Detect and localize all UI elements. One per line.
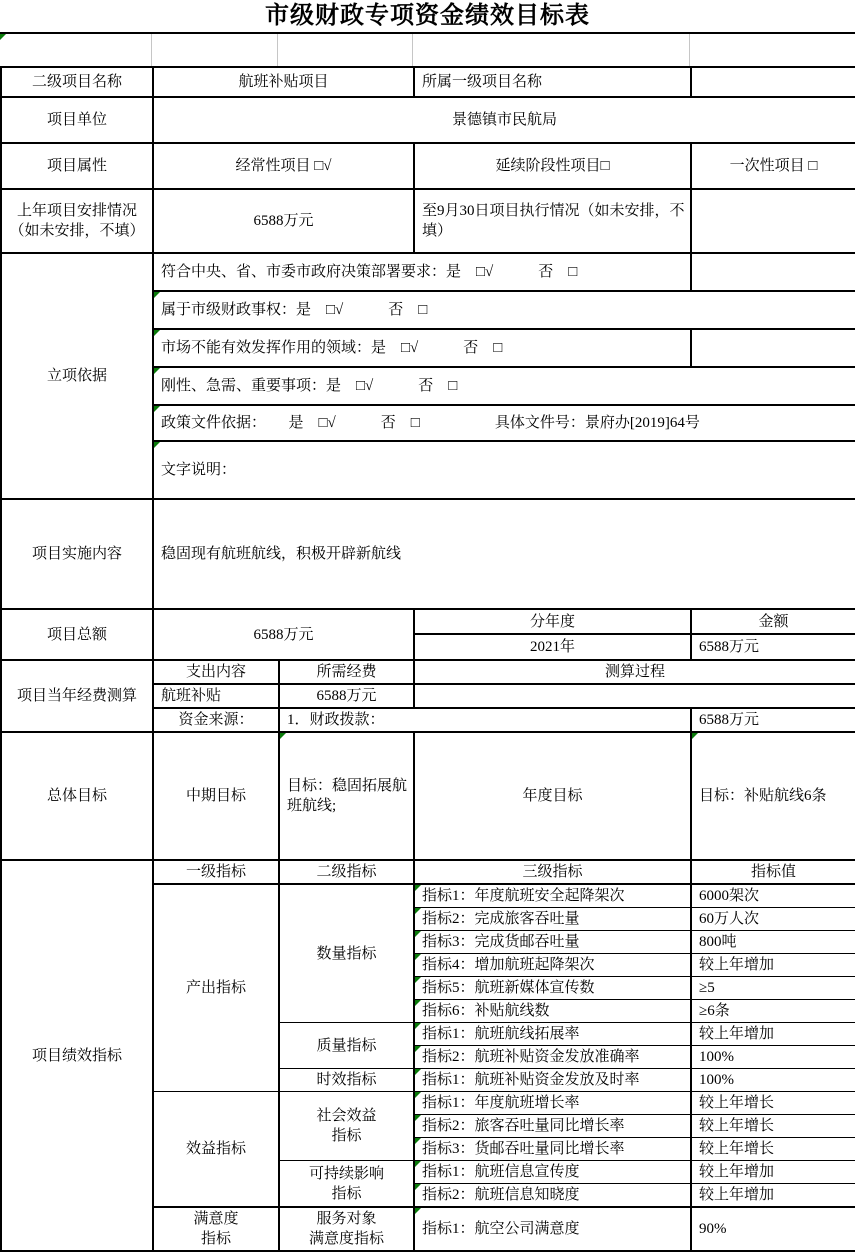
budget-col-process: 测算过程 [414,660,855,684]
indicator-value: 800吨 [691,931,855,954]
indicator-name: 指标1：航班补贴资金发放及时率 [414,1069,691,1092]
justification-row-policy-document: 政策文件依据： 是 □√ 否 □ 具体文件号：景府办[2019]64号 [153,405,855,441]
indicator-name: 指标2：航班信息知晓度 [414,1184,691,1208]
justification-row-policy-requirement: 符合中央、省、市委市政府决策部署要求：是 □√ 否 □ [153,253,691,291]
indicator-value: 较上年增加 [691,1184,855,1208]
indicator-name: 指标3：货邮吞吐量同比增长率 [414,1138,691,1161]
justification-row-rigid-urgent: 刚性、急需、重要事项：是 □√ 否 □ [153,367,855,405]
indicator-value: 90% [691,1207,855,1251]
implementation-label: 项目实施内容 [1,499,153,609]
performance-target-form: 市级财政专项资金绩效目标表 二级项目名称 航班补贴项目 所属一级项目名称 项目单… [0,0,855,1252]
annual-split-header: 分年度 [414,609,691,634]
performance-indicators-label: 项目绩效指标 [1,860,153,1251]
subcategory-sustainability: 可持续影响 指标 [279,1161,414,1208]
empty-spreadsheet-row [0,34,855,66]
form-table: 二级项目名称 航班补贴项目 所属一级项目名称 项目单位 景德镇市民航局 项目属性… [0,66,855,1252]
indicator-header-value: 指标值 [691,860,855,884]
indicator-value: 较上年增长 [691,1092,855,1115]
total-amount-value: 6588万元 [153,609,414,660]
project-attribute-label: 项目属性 [1,143,153,189]
empty-cell [278,34,413,66]
funding-source-amount: 6588万元 [691,708,855,732]
annual-split-amount: 6588万元 [691,634,855,660]
indicator-header-level2: 二级指标 [279,860,414,884]
indicator-value: 6000架次 [691,884,855,908]
l2-project-name-value: 航班补贴项目 [153,67,414,97]
annual-goal-value: 目标：补贴航线6条 [691,732,855,860]
empty-cell [691,329,855,367]
execution-status-value [691,189,855,253]
indicator-value: 较上年增长 [691,1115,855,1138]
empty-cell [152,34,278,66]
indicator-name: 指标1：航班航线拓展率 [414,1023,691,1046]
prev-year-arrangement-value: 6588万元 [153,189,414,253]
justification-row-market-failure: 市场不能有效发挥作用的领域：是 □√ 否 □ [153,329,691,367]
indicator-value: 100% [691,1046,855,1069]
budget-expense-amount: 6588万元 [279,684,414,708]
implementation-value: 稳固现有航班航线，积极开辟新航线 [153,499,855,609]
amount-header: 金额 [691,609,855,634]
empty-cell [0,34,152,66]
indicator-name: 指标5：航班新媒体宣传数 [414,977,691,1000]
subcategory-quality: 质量指标 [279,1023,414,1069]
budget-expense-name: 航班补贴 [153,684,279,708]
subcategory-quantity: 数量指标 [279,884,414,1023]
indicator-value: ≥5 [691,977,855,1000]
l2-project-name-label: 二级项目名称 [1,67,153,97]
justification-row-text-note: 文字说明： [153,441,855,499]
execution-status-label: 至9月30日项目执行情况（如未安排，不填） [414,189,691,253]
project-unit-value: 景德镇市民航局 [153,97,855,143]
indicator-name: 指标1：航空公司满意度 [414,1207,691,1251]
annual-goal-label: 年度目标 [414,732,691,860]
l1-project-name-label: 所属一级项目名称 [414,67,691,97]
indicator-name: 指标2：完成旅客吞吐量 [414,908,691,931]
indicator-name: 指标1：年度航班增长率 [414,1092,691,1115]
empty-cell [690,34,855,66]
funding-source-label: 资金来源： [153,708,279,732]
subcategory-social-benefit: 社会效益 指标 [279,1092,414,1161]
indicator-name: 指标6：补贴航线数 [414,1000,691,1023]
attribute-continuing-checkbox: 延续阶段性项目□ [414,143,691,189]
empty-cell [691,253,855,291]
project-unit-label: 项目单位 [1,97,153,143]
total-amount-label: 项目总额 [1,609,153,660]
empty-cell [413,34,690,66]
category-benefit: 效益指标 [153,1092,279,1208]
budget-calc-label: 项目当年经费测算 [1,660,153,732]
attribute-regular-checkbox: 经常性项目 □√ [153,143,414,189]
indicator-name: 指标1：年度航班安全起降架次 [414,884,691,908]
indicator-header-level1: 一级指标 [153,860,279,884]
prev-year-arrangement-label: 上年项目安排情况 （如未安排，不填） [1,189,153,253]
subcategory-timeliness: 时效指标 [279,1069,414,1092]
indicator-value: 较上年增加 [691,954,855,977]
justification-label: 立项依据 [1,253,153,499]
indicator-value: ≥6条 [691,1000,855,1023]
indicator-value: 较上年增加 [691,1161,855,1184]
l1-project-name-value [691,67,855,97]
mid-term-goal-value: 目标：稳固拓展航班航线; [279,732,414,860]
indicator-name: 指标2：航班补贴资金发放准确率 [414,1046,691,1069]
overall-goal-label: 总体目标 [1,732,153,860]
budget-col-required: 所需经费 [279,660,414,684]
indicator-value: 100% [691,1069,855,1092]
page-title: 市级财政专项资金绩效目标表 [0,0,855,34]
budget-col-expense: 支出内容 [153,660,279,684]
indicator-name: 指标1：航班信息宣传度 [414,1161,691,1184]
attribute-onetime-checkbox: 一次性项目 □ [691,143,855,189]
annual-split-year: 2021年 [414,634,691,660]
category-output: 产出指标 [153,884,279,1092]
budget-process-value [414,684,855,708]
funding-source-item: 1．财政拨款： [279,708,691,732]
indicator-name: 指标3：完成货邮吞吐量 [414,931,691,954]
indicator-value: 较上年增长 [691,1138,855,1161]
justification-row-fiscal-authority: 属于市级财政事权：是 □√ 否 □ [153,291,855,329]
indicator-header-level3: 三级指标 [414,860,691,884]
category-satisfaction: 满意度 指标 [153,1207,279,1251]
indicator-name: 指标2：旅客吞吐量同比增长率 [414,1115,691,1138]
subcategory-service-satisfaction: 服务对象 满意度指标 [279,1207,414,1251]
indicator-value: 60万人次 [691,908,855,931]
indicator-name: 指标4：增加航班起降架次 [414,954,691,977]
mid-term-goal-label: 中期目标 [153,732,279,860]
indicator-value: 较上年增加 [691,1023,855,1046]
